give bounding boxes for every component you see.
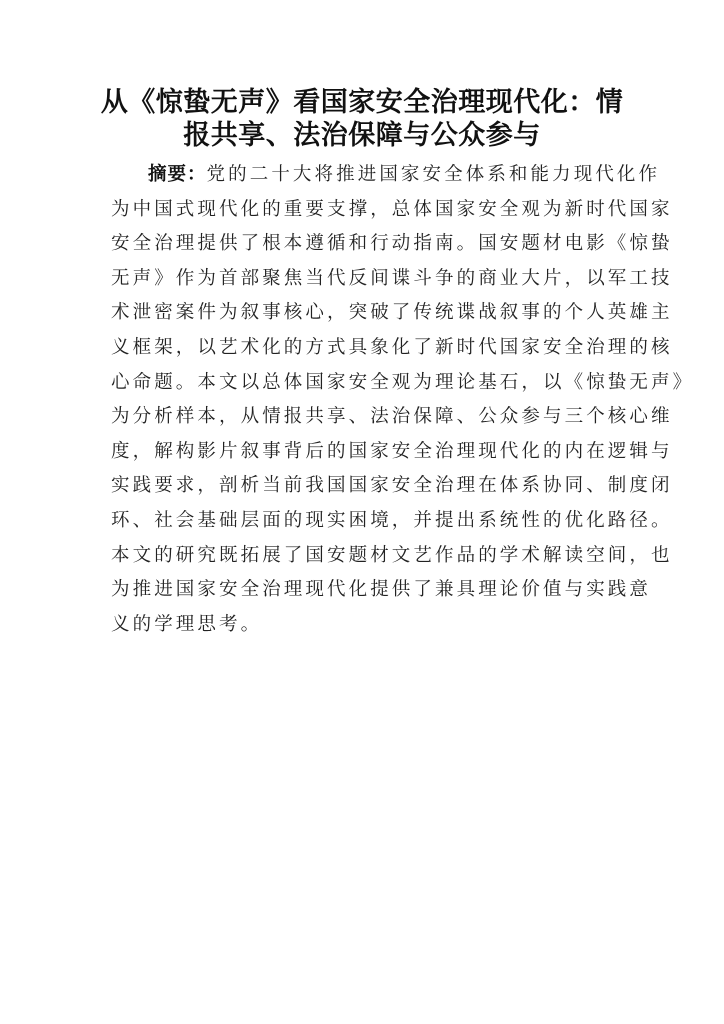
title-line-1: 从《惊蛰无声》看国家安全治理现代化：情 [100,86,624,119]
abstract-line: 为推进国家安全治理现代化提供了兼具理论价值与实践意 [111,573,617,608]
abstract-line: 无声》作为首部聚焦当代反间谍斗争的商业大片，以军工技 [111,262,617,297]
abstract-line: 摘要：党的二十大将推进国家安全体系和能力现代化作 [111,158,617,193]
abstract-line: 术泄密案件为叙事核心，突破了传统谍战叙事的个人英雄主 [111,296,617,331]
abstract-label: 摘要： [148,164,207,185]
paper-title: 从《惊蛰无声》看国家安全治理现代化：情 报共享、法治保障与公众参与 [100,86,624,152]
abstract-line: 安全治理提供了根本遵循和行动指南。国安题材电影《惊蛰 [111,227,617,262]
abstract-line: 实践要求，剖析当前我国国家安全治理在体系协同、制度闭 [111,469,617,504]
abstract-line: 为中国式现代化的重要支撑，总体国家安全观为新时代国家 [111,193,617,228]
abstract-line: 为分析样本，从情报共享、法治保障、公众参与三个核心维 [111,400,617,435]
abstract-line: 度，解构影片叙事背后的国家安全治理现代化的内在逻辑与 [111,435,617,470]
abstract-section: 摘要：党的二十大将推进国家安全体系和能力现代化作 为中国式现代化的重要支撑，总体… [111,158,617,642]
abstract-line: 心命题。本文以总体国家安全观为理论基石，以《惊蛰无声》 [111,366,617,401]
abstract-line: 环、社会基础层面的现实困境，并提出系统性的优化路径。 [111,504,617,539]
abstract-line: 义框架，以艺术化的方式具象化了新时代国家安全治理的核 [111,331,617,366]
document-page: 从《惊蛰无声》看国家安全治理现代化：情 报共享、法治保障与公众参与 摘要：党的二… [0,0,724,1024]
abstract-text: 党的二十大将推进国家安全体系和能力现代化作 [207,164,661,185]
title-line-2: 报共享、法治保障与公众参与 [100,119,624,152]
abstract-line: 本文的研究既拓展了国安题材文艺作品的学术解读空间，也 [111,539,617,574]
abstract-line: 义的学理思考。 [111,608,617,643]
